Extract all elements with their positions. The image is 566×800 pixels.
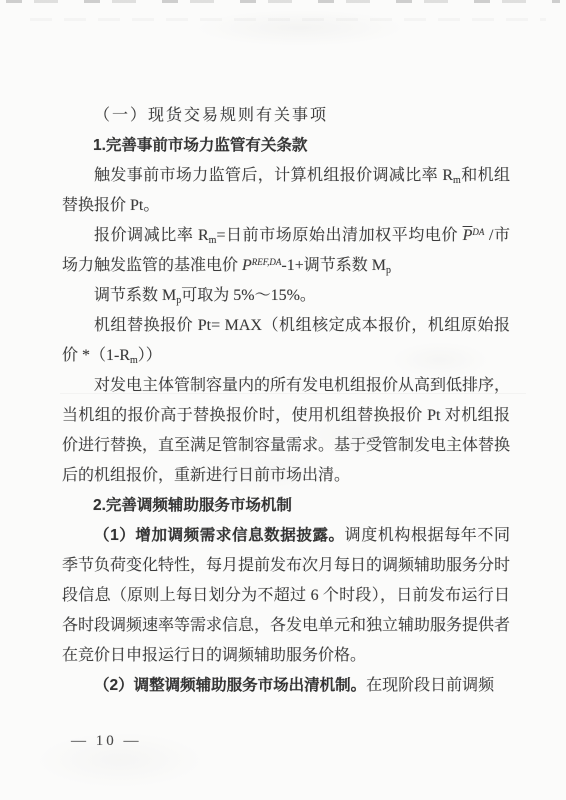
paragraph-formula-ratio: 报价调减比率 Rm=日前市场原始出清加权平均电价 PDA /市场力触发监管的基准… bbox=[62, 221, 510, 281]
formula-ratio-text-d: -1+调节系数 M bbox=[281, 257, 386, 274]
freq-disclosure-lead: （1）增加调频需求信息数据披露。 bbox=[94, 527, 345, 544]
subscript-m: m bbox=[453, 175, 461, 186]
clause-1-heading: 1.完善事前市场力监管有关条款 bbox=[62, 131, 510, 161]
price-symbol-pbar: P bbox=[463, 227, 473, 244]
paragraph-sorting: 对发电主体管制容量内的所有发电机组报价从高到低排序，当机组的报价高于替换报价时，… bbox=[62, 371, 510, 491]
subscript-p: p bbox=[386, 265, 391, 276]
scan-artifact-bleedthrough-band bbox=[30, 18, 546, 21]
page-number: — 10 — bbox=[71, 733, 142, 750]
freq-clearing-lead: （2）调整调频辅助服务市场出清机制。 bbox=[94, 677, 366, 694]
paragraph-adjust-coefficient: 调节系数 Mp可取为 5%～15%。 bbox=[62, 281, 510, 311]
mp-text-a: 调节系数 M bbox=[94, 287, 176, 304]
document-text-block: （一）现货交易规则有关事项 1.完善事前市场力监管有关条款 触发事前市场力监管后… bbox=[62, 101, 510, 701]
paragraph-freq-clearing: （2）调整调频辅助服务市场出清机制。在现阶段日前调频 bbox=[62, 671, 510, 701]
superscript-da: DA bbox=[472, 227, 484, 237]
scan-artifact-top-edge bbox=[6, 0, 560, 3]
formula-ratio-text-a: 报价调减比率 R bbox=[94, 227, 209, 244]
superscript-refda: REF,DA bbox=[252, 257, 282, 267]
section-heading: （一）现货交易规则有关事项 bbox=[62, 101, 510, 131]
trigger-text-a: 触发事前市场力监管后，计算机组报价调减比率 R bbox=[94, 167, 453, 184]
paragraph-formula-replacement: 机组替换报价 Pt= MAX（机组核定成本报价，机组原始报价 *（1-Rm）） bbox=[62, 311, 510, 371]
freq-disclosure-rest: 调度机构根据每年不同季节负荷变化特性，每月提前发布次月每日的调频辅助服务分时段信… bbox=[62, 527, 510, 664]
paragraph-trigger: 触发事前市场力监管后，计算机组报价调减比率 Rm和机组替换报价 Pt。 bbox=[62, 161, 510, 221]
paragraph-freq-disclosure: （1）增加调频需求信息数据披露。调度机构根据每年不同季节负荷变化特性，每月提前发… bbox=[62, 521, 510, 671]
price-symbol-p: P bbox=[242, 257, 252, 274]
formula-replacement-text-b: ）） bbox=[138, 347, 162, 364]
subscript-m: m bbox=[130, 355, 138, 366]
scanned-document-page: （一）现货交易规则有关事项 1.完善事前市场力监管有关条款 触发事前市场力监管后… bbox=[0, 0, 566, 800]
freq-clearing-rest: 在现阶段日前调频 bbox=[366, 677, 494, 694]
clause-2-heading: 2.完善调频辅助服务市场机制 bbox=[62, 491, 510, 521]
formula-ratio-text-b: =日前市场原始出清加权平均电价 bbox=[216, 227, 458, 244]
mp-text-b: 可取为 5%～15%。 bbox=[181, 287, 316, 304]
